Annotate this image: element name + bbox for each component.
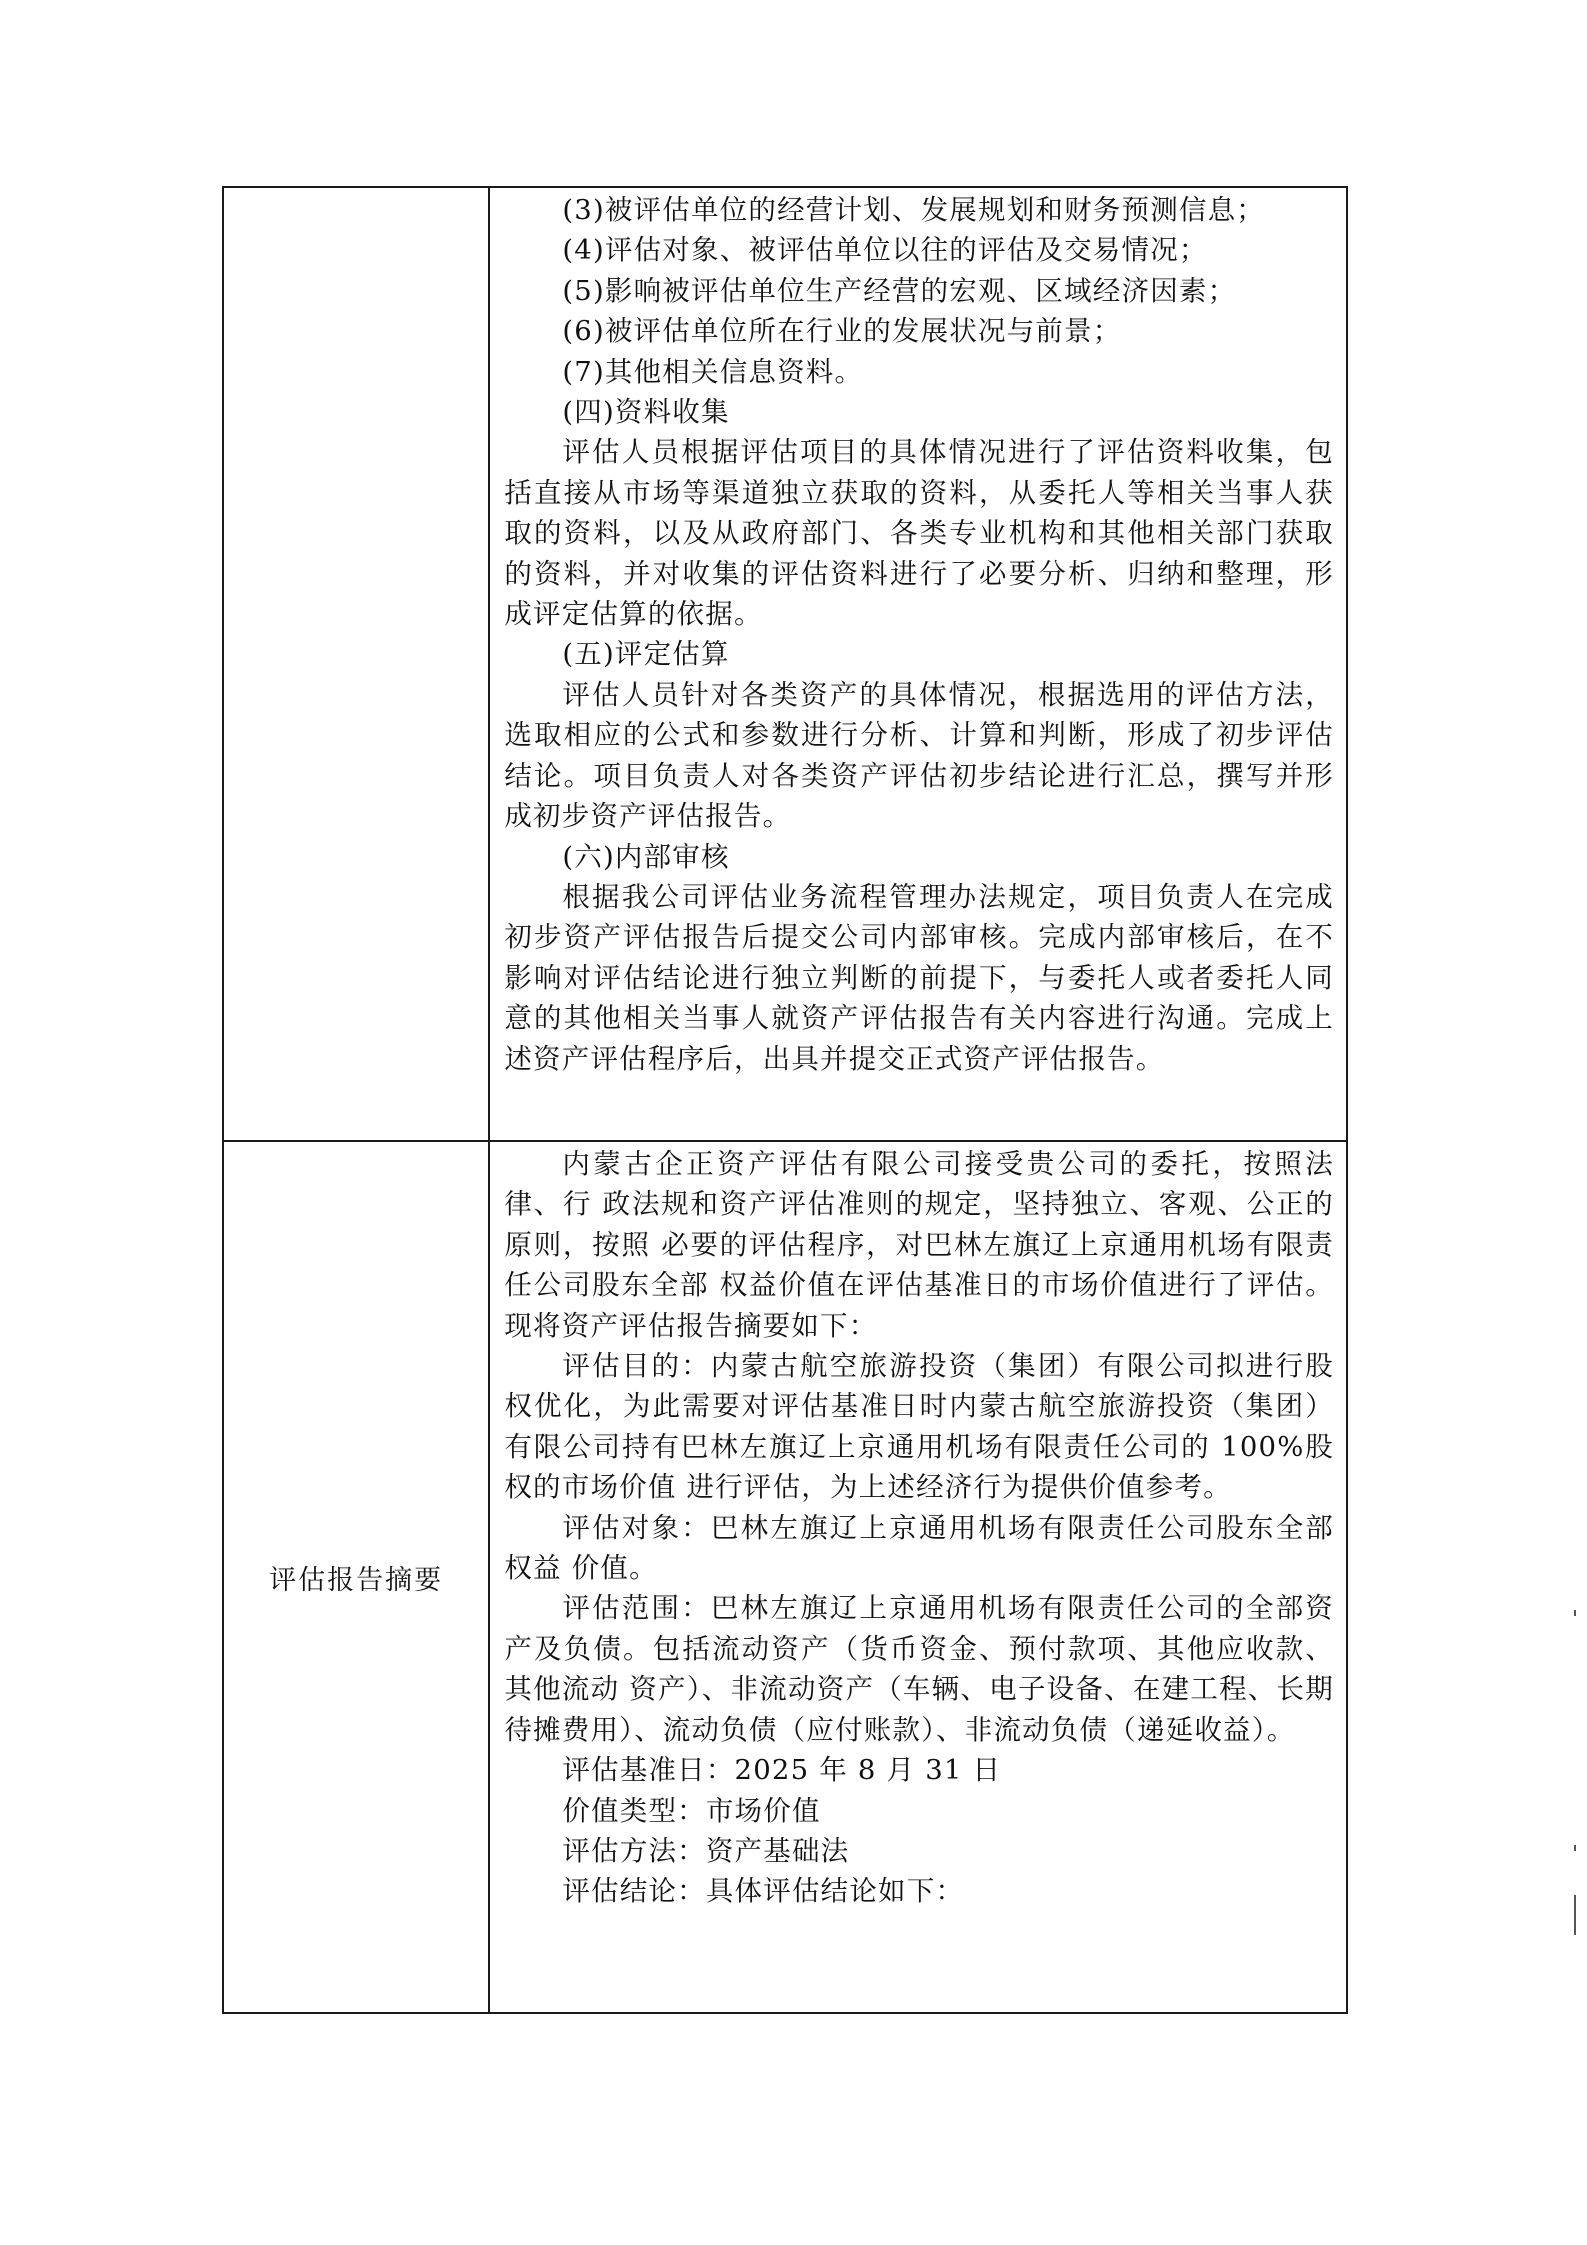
evaluation-base-date: 评估基准日：2025 年 8 月 31 日 xyxy=(504,1750,1334,1790)
scan-artifact-mark xyxy=(1574,1845,1576,1851)
info-item-7: (7)其他相关信息资料。 xyxy=(504,352,1334,392)
summary-intro: 内蒙古企正资产评估有限公司接受贵公司的委托，按照法律、行 政法规和资产评估准则的… xyxy=(504,1144,1334,1346)
evaluation-object: 评估对象：巴林左旗辽上京通用机场有限责任公司股东全部权益 价值。 xyxy=(504,1508,1334,1589)
info-item-4: (4)评估对象、被评估单位以往的评估及交易情况； xyxy=(504,230,1334,270)
evaluation-purpose: 评估目的：内蒙古航空旅游投资（集团）有限公司拟进行股权优化，为此需要对评估基准日… xyxy=(504,1346,1334,1508)
evaluation-method: 评估方法：资产基础法 xyxy=(504,1831,1334,1871)
value-type: 价值类型：市场价值 xyxy=(504,1791,1334,1831)
info-item-3: (3)被评估单位的经营计划、发展规划和财务预测信息； xyxy=(504,190,1334,230)
summary-row: 评估报告摘要 内蒙古企正资产评估有限公司接受贵公司的委托，按照法律、行 政法规和… xyxy=(223,1141,1347,2013)
section-heading-estimation: (五)评定估算 xyxy=(504,634,1334,674)
procedure-label-cell xyxy=(223,187,489,1141)
evaluation-conclusion: 评估结论：具体评估结论如下： xyxy=(504,1871,1334,1911)
section-heading-internal-review: (六)内部审核 xyxy=(504,837,1334,877)
internal-review-paragraph: 根据我公司评估业务流程管理办法规定，项目负责人在完成初步资产评估报告后提交公司内… xyxy=(504,877,1334,1079)
summary-label: 评估报告摘要 xyxy=(223,1141,489,2013)
summary-content-cell: 内蒙古企正资产评估有限公司接受贵公司的委托，按照法律、行 政法规和资产评估准则的… xyxy=(489,1141,1347,2013)
report-table: (3)被评估单位的经营计划、发展规划和财务预测信息； (4)评估对象、被评估单位… xyxy=(222,186,1348,2014)
scan-artifact-mark xyxy=(1574,1610,1576,1616)
procedure-row: (3)被评估单位的经营计划、发展规划和财务预测信息； (4)评估对象、被评估单位… xyxy=(223,187,1347,1141)
data-collection-paragraph: 评估人员根据评估项目的具体情况进行了评估资料收集，包括直接从市场等渠道独立获取的… xyxy=(504,432,1334,634)
info-item-5: (5)影响被评估单位生产经营的宏观、区域经济因素； xyxy=(504,271,1334,311)
evaluation-scope: 评估范围：巴林左旗辽上京通用机场有限责任公司的全部资产及负债。包括流动资产（货币… xyxy=(504,1588,1334,1750)
procedure-content-cell: (3)被评估单位的经营计划、发展规划和财务预测信息； (4)评估对象、被评估单位… xyxy=(489,187,1347,1141)
scan-artifact-mark xyxy=(1574,1895,1576,1935)
section-heading-data-collection: (四)资料收集 xyxy=(504,392,1334,432)
info-item-6: (6)被评估单位所在行业的发展状况与前景； xyxy=(504,311,1334,351)
estimation-paragraph: 评估人员针对各类资产的具体情况，根据选用的评估方法，选取相应的公式和参数进行分析… xyxy=(504,675,1334,837)
